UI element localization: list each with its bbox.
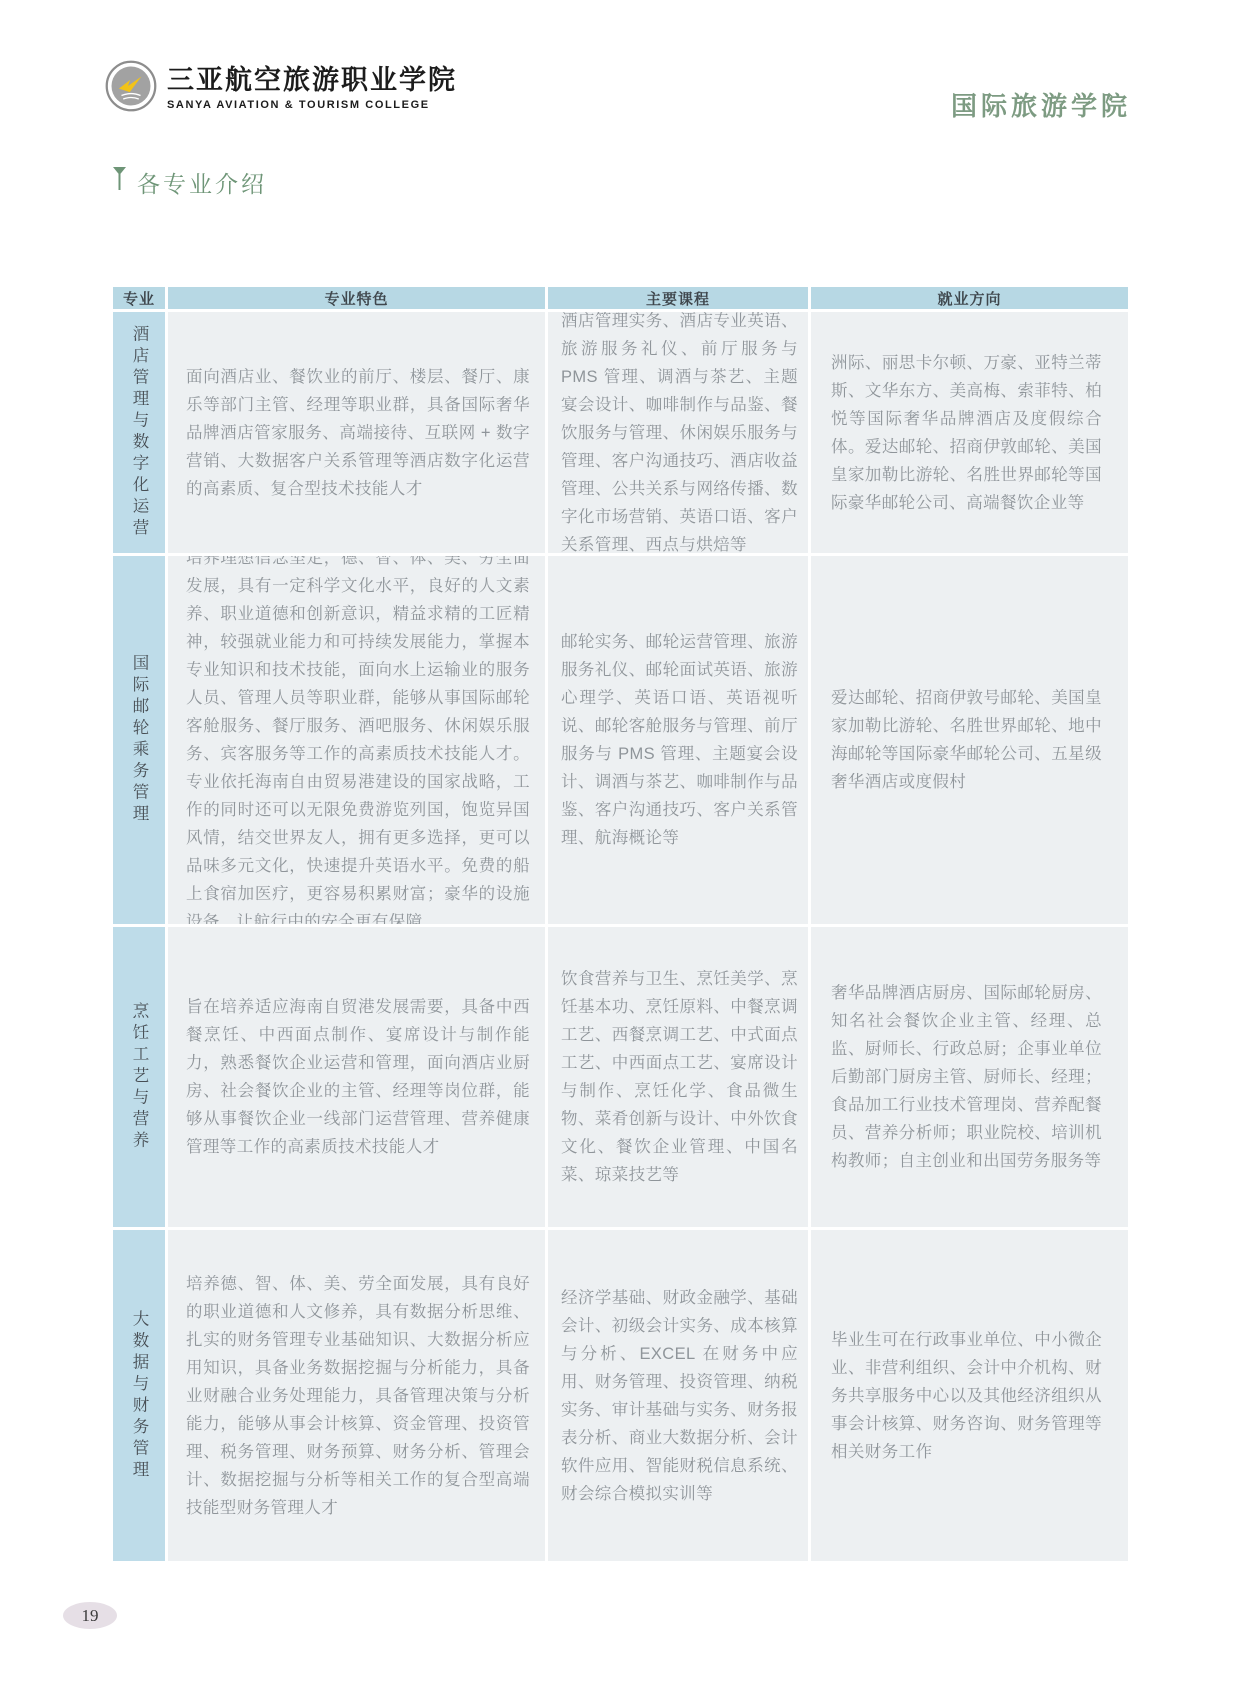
courses-cell: 饮食营养与卫生、烹饪美学、烹饪基本功、烹饪原料、中餐烹调工艺、西餐烹调工艺、中式…	[548, 927, 808, 1227]
employment-cell: 洲际、丽思卡尔顿、万豪、亚特兰蒂斯、文华东方、美高梅、索菲特、柏悦等国际奢华品牌…	[811, 312, 1128, 553]
section-title-text: 各专业介绍	[137, 166, 267, 199]
college-brand: 三亚航空旅游职业学院 SANYA AVIATION & TOURISM COLL…	[105, 60, 457, 117]
major-name-cell: 酒店管理与数字化运营	[113, 312, 165, 553]
col-header-major: 专业	[113, 287, 165, 309]
features-cell: 面向酒店业、餐饮业的前厅、楼层、餐厅、康乐等部门主管、经理等职业群，具备国际奢华…	[168, 312, 545, 553]
section-marker-icon	[112, 166, 127, 199]
courses-cell: 酒店管理实务、酒店专业英语、旅游服务礼仪、前厅服务与 PMS 管理、调酒与茶艺、…	[548, 312, 808, 553]
college-name-en: SANYA AVIATION & TOURISM COLLEGE	[167, 100, 457, 111]
features-cell: 培养德、智、体、美、劳全面发展，具有良好的职业道德和人文修养，具有数据分析思维、…	[168, 1230, 545, 1561]
employment-cell: 奢华品牌酒店厨房、国际邮轮厨房、知名社会餐饮企业主管、经理、总监、厨师长、行政总…	[811, 927, 1128, 1227]
employment-cell: 爱达邮轮、招商伊敦号邮轮、美国皇家加勒比游轮、名胜世界邮轮、地中海邮轮等国际豪华…	[811, 556, 1128, 924]
page-number-badge: 19	[63, 1602, 117, 1629]
col-header-features: 专业特色	[168, 287, 545, 309]
college-names: 三亚航空旅游职业学院 SANYA AVIATION & TOURISM COLL…	[167, 67, 457, 111]
majors-table: 专业 专业特色 主要课程 就业方向 酒店管理与数字化运营 面向酒店业、餐饮业的前…	[113, 287, 1128, 1561]
major-name-cell: 国际邮轮乘务管理	[113, 556, 165, 924]
section-title: 各专业介绍	[112, 166, 267, 199]
college-logo-icon	[105, 60, 157, 117]
col-header-courses: 主要课程	[548, 287, 808, 309]
department-title: 国际旅游学院	[951, 86, 1131, 123]
college-name-zh: 三亚航空旅游职业学院	[167, 67, 457, 94]
features-cell: 培养理想信念坚定，德、智、体、美、劳全面发展，具有一定科学文化水平，良好的人文素…	[168, 556, 545, 924]
major-name-cell: 烹饪工艺与营养	[113, 927, 165, 1227]
employment-cell: 毕业生可在行政事业单位、中小微企业、非营利组织、会计中介机构、财务共享服务中心以…	[811, 1230, 1128, 1561]
col-header-employment: 就业方向	[811, 287, 1128, 309]
page-header: 三亚航空旅游职业学院 SANYA AVIATION & TOURISM COLL…	[105, 60, 1131, 123]
courses-cell: 邮轮实务、邮轮运营管理、旅游服务礼仪、邮轮面试英语、旅游心理学、英语口语、英语视…	[548, 556, 808, 924]
major-name-cell: 大数据与财务管理	[113, 1230, 165, 1561]
courses-cell: 经济学基础、财政金融学、基础会计、初级会计实务、成本核算与分析、EXCEL 在财…	[548, 1230, 808, 1561]
features-cell: 旨在培养适应海南自贸港发展需要，具备中西餐烹饪、中西面点制作、宴席设计与制作能力…	[168, 927, 545, 1227]
